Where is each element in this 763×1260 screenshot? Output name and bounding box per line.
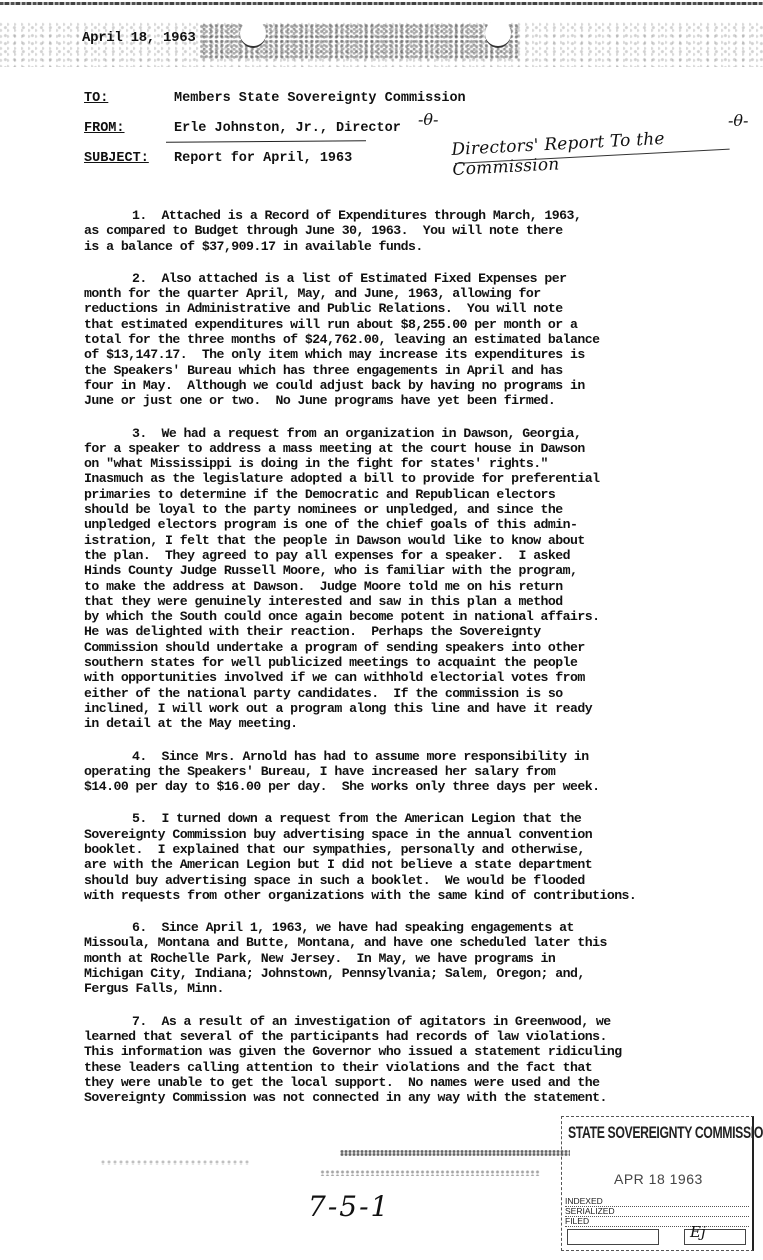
scan-smear <box>340 1150 570 1156</box>
stamp-row-serialized: SERIALIZED <box>565 1207 749 1217</box>
stamp-box <box>567 1229 659 1245</box>
stamp-initials: Ej <box>690 1223 706 1241</box>
document-body: 1. Attached is a Record of Expenditures … <box>84 208 763 1122</box>
header-from: FROM:Erle Johnston, Jr., Director <box>84 121 401 136</box>
handwritten-mark: -θ- <box>418 110 438 129</box>
from-value: Erle Johnston, Jr., Director <box>174 121 401 136</box>
punch-hole-icon <box>240 20 266 48</box>
handwritten-document-number: 7-5-1 <box>308 1190 390 1223</box>
paragraph-4: 4. Since Mrs. Arnold has had to assume m… <box>84 749 763 795</box>
stamp-row-filed: FILED <box>565 1217 749 1227</box>
header-subject: SUBJECT:Report for April, 1963 <box>84 151 352 166</box>
paragraph-3: 3. We had a request from an organization… <box>84 426 763 732</box>
paragraph-5: 5. I turned down a request from the Amer… <box>84 811 763 903</box>
scan-smear <box>100 1160 250 1165</box>
handwritten-title: Directors' Report To the Commission <box>451 124 763 180</box>
punch-hole-icon <box>485 20 511 48</box>
stamp-date: APR 18 1963 <box>614 1171 703 1187</box>
paragraph-2: 2. Also attached is a list of Estimated … <box>84 271 763 409</box>
scan-smear <box>320 1170 540 1176</box>
paragraph-6: 6. Since April 1, 1963, we have had spea… <box>84 920 763 996</box>
received-stamp: STATE SOVEREIGNTY COMMISSION APR 18 1963… <box>561 1116 754 1251</box>
stamp-title: STATE SOVEREIGNTY COMMISSION <box>568 1123 763 1143</box>
header-to: TO:Members State Sovereignty Commission <box>84 91 466 106</box>
subject-label: SUBJECT: <box>84 151 174 166</box>
paragraph-7: 7. As a result of an investigation of ag… <box>84 1014 763 1106</box>
document-date: April 18, 1963 <box>82 30 195 46</box>
paragraph-1: 1. Attached is a Record of Expenditures … <box>84 208 763 254</box>
scan-top-edge <box>0 2 763 5</box>
from-label: FROM: <box>84 121 174 136</box>
handwritten-underline <box>166 140 366 142</box>
subject-value: Report for April, 1963 <box>174 151 352 166</box>
to-value: Members State Sovereignty Commission <box>174 91 466 106</box>
to-label: TO: <box>84 91 174 106</box>
